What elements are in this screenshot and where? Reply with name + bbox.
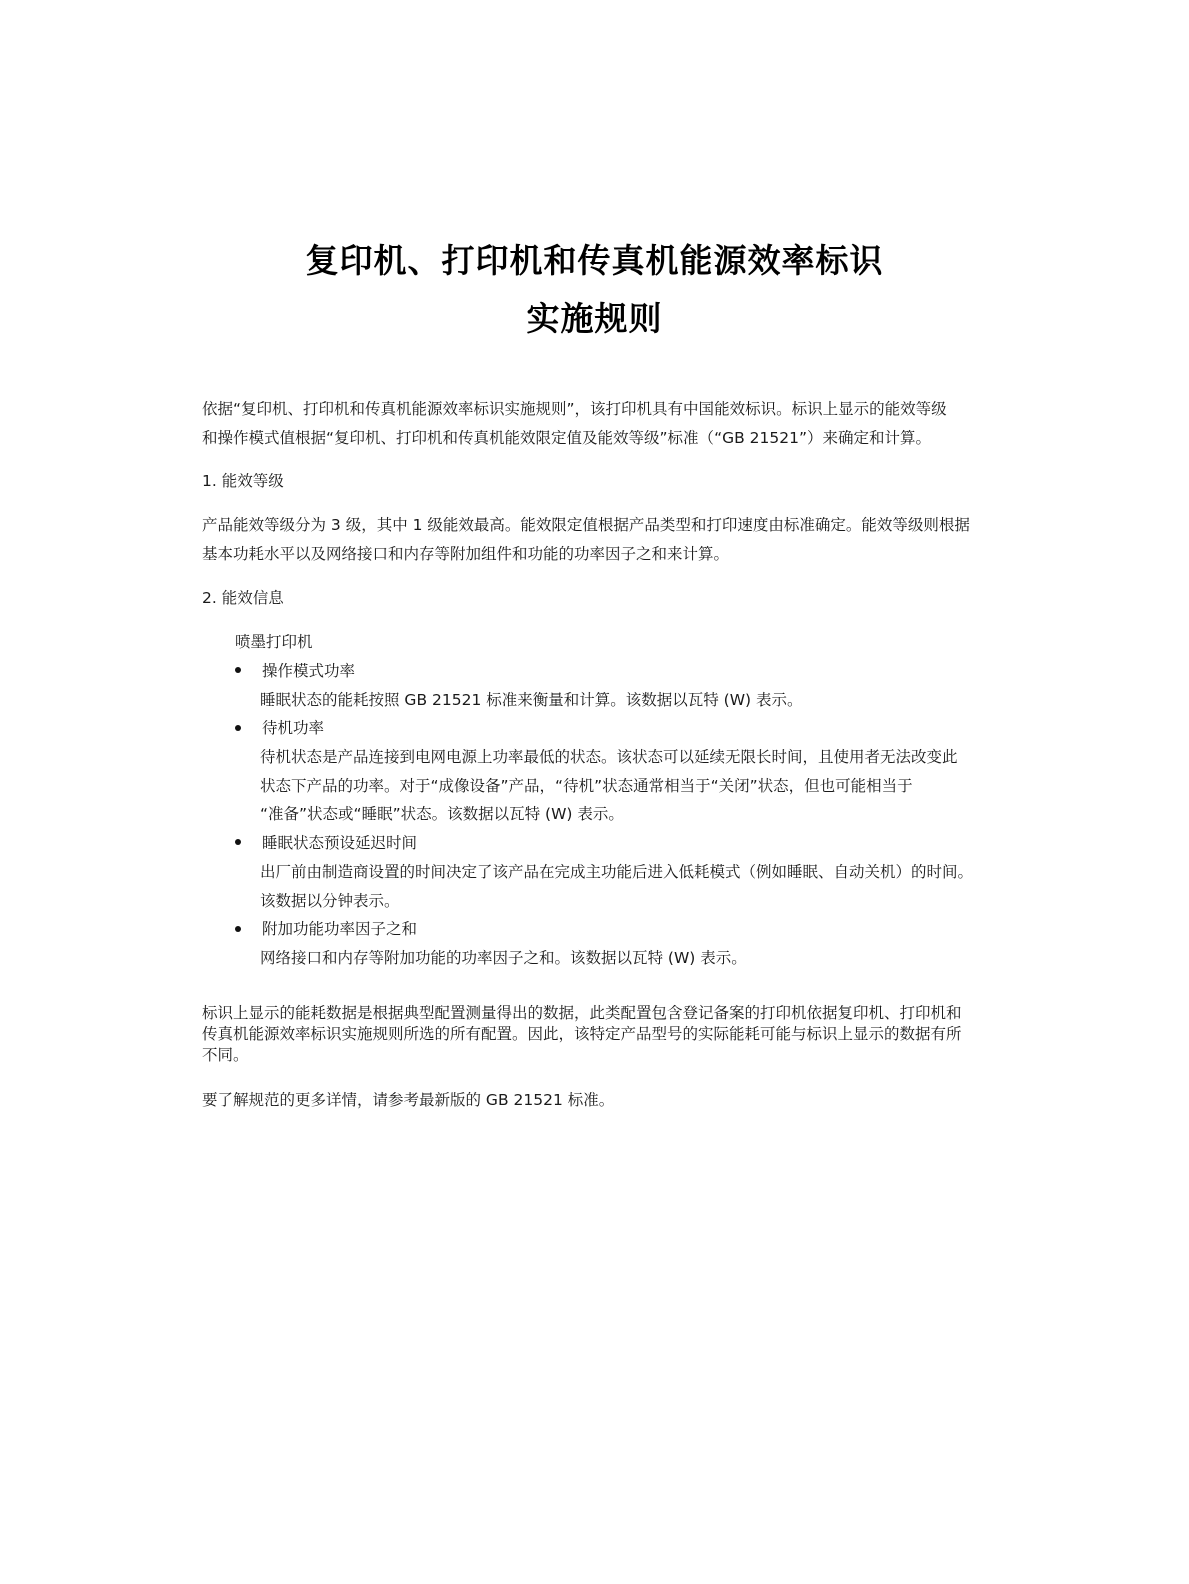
document-page: 复印机、打印机和传真机能源效率标识 实施规则 依据“复印机、打印机和传真机能源效… bbox=[0, 0, 1189, 1584]
list-item-label: 操作模式功率 bbox=[262, 659, 355, 681]
printer-type-label: 喷墨打印机 bbox=[235, 630, 313, 652]
intro-line: 依据“复印机、打印机和传真机能源效率标识实施规则”，该打印机具有中国能效标识。标… bbox=[202, 397, 947, 419]
section-heading: 2. 能效信息 bbox=[202, 586, 284, 608]
note-line: 不同。 bbox=[202, 1043, 249, 1065]
bullet-icon bbox=[235, 926, 241, 932]
section-heading: 1. 能效等级 bbox=[202, 469, 284, 491]
note-line: 传真机能源效率标识实施规则所选的所有配置。因此，该特定产品型号的实际能耗可能与标… bbox=[202, 1022, 962, 1044]
list-item-label: 睡眠状态预设延迟时间 bbox=[262, 831, 417, 853]
list-item-body: 该数据以分钟表示。 bbox=[260, 889, 400, 911]
list-item-body: 睡眠状态的能耗按照 GB 21521 标准来衡量和计算。该数据以瓦特 (W) 表… bbox=[260, 688, 803, 710]
intro-line: 和操作模式值根据“复印机、打印机和传真机能效限定值及能效等级”标准（“GB 21… bbox=[202, 426, 931, 448]
list-item-label: 待机功率 bbox=[262, 716, 324, 738]
list-item-body: 状态下产品的功率。对于“成像设备”产品，“待机”状态通常相当于“关闭”状态，但也… bbox=[260, 774, 913, 796]
document-subtitle: 实施规则 bbox=[0, 293, 1189, 340]
bullet-icon bbox=[235, 667, 241, 673]
list-item-body: “准备”状态或“睡眠”状态。该数据以瓦特 (W) 表示。 bbox=[260, 802, 624, 824]
section-body-line: 基本功耗水平以及网络接口和内存等附加组件和功能的功率因子之和来计算。 bbox=[202, 542, 729, 564]
note-line: 标识上显示的能耗数据是根据典型配置测量得出的数据，此类配置包含登记备案的打印机依… bbox=[202, 1001, 962, 1023]
bullet-icon bbox=[235, 839, 241, 845]
list-item-body: 出厂前由制造商设置的时间决定了该产品在完成主功能后进入低耗模式（例如睡眠、自动关… bbox=[260, 860, 973, 882]
footer-text: 要了解规范的更多详情，请参考最新版的 GB 21521 标准。 bbox=[202, 1088, 614, 1110]
section-body-line: 产品能效等级分为 3 级，其中 1 级能效最高。能效限定值根据产品类型和打印速度… bbox=[202, 513, 970, 535]
list-item-body: 网络接口和内存等附加功能的功率因子之和。该数据以瓦特 (W) 表示。 bbox=[260, 946, 747, 968]
document-title: 复印机、打印机和传真机能源效率标识 bbox=[0, 235, 1189, 282]
list-item-label: 附加功能功率因子之和 bbox=[262, 917, 417, 939]
bullet-icon bbox=[235, 725, 241, 731]
list-item-body: 待机状态是产品连接到电网电源上功率最低的状态。该状态可以延续无限长时间，且使用者… bbox=[260, 745, 958, 767]
